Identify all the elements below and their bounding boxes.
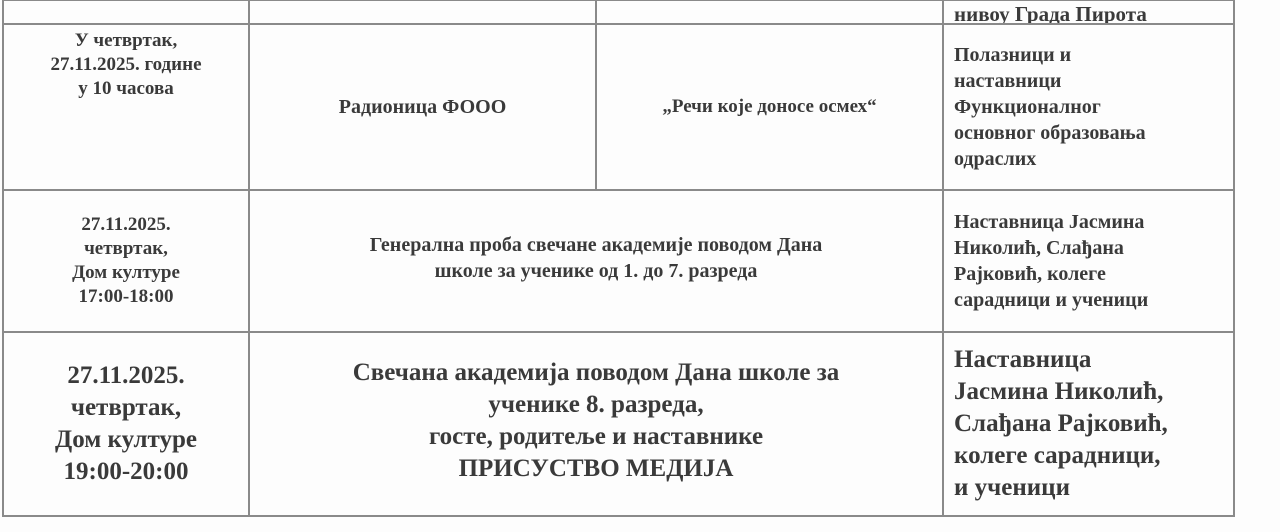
scanned-document-page: нивоу Града Пирота У четвртак, 27.11.202… bbox=[0, 0, 1280, 532]
participants-line: Слађана Рајковић, bbox=[954, 408, 1233, 440]
participants-line: Функционалног bbox=[954, 94, 1233, 120]
date-cell: 27.11.2025. четвртак, Дом културе 17:00-… bbox=[3, 190, 249, 332]
participants-line: основног образовања bbox=[954, 120, 1233, 146]
participants-line: Наставница bbox=[954, 344, 1233, 376]
participants-line: одраслих bbox=[954, 146, 1233, 172]
date-cell: 27.11.2025. четвртак, Дом културе 19:00-… bbox=[3, 332, 249, 516]
description-line: ученике 8. разреда, bbox=[250, 389, 942, 421]
description-line: школе за ученике од 1. до 7. разреда bbox=[250, 258, 942, 284]
date-line: 27.11.2025. bbox=[4, 213, 248, 237]
table-row: 27.11.2025. четвртак, Дом културе 19:00-… bbox=[3, 332, 1234, 516]
topic-cell: „Речи које доносе осмех“ bbox=[596, 24, 943, 190]
event-description-cell: Свечана академија поводом Дана школе за … bbox=[249, 332, 943, 516]
participants-line: наставници bbox=[954, 68, 1233, 94]
activity-text: Радионица ФООО bbox=[339, 96, 507, 118]
participants-line: Наставница Јасмина bbox=[954, 209, 1233, 235]
date-line: Дом културе bbox=[4, 261, 248, 285]
participants-line: колеге сарадници, bbox=[954, 440, 1233, 472]
date-line: 19:00-20:00 bbox=[4, 456, 248, 488]
date-line: четвртак, bbox=[4, 392, 248, 424]
date-cell bbox=[3, 0, 249, 24]
description-line: госте, родитеље и наставнике bbox=[250, 421, 942, 453]
activity-cell bbox=[249, 0, 596, 24]
date-line: у 10 часова bbox=[4, 77, 248, 101]
description-line: ПРИСУСТВО МЕДИЈА bbox=[250, 453, 942, 485]
participants-cell: Наставница Јасмина Николић, Слађана Рајк… bbox=[943, 332, 1234, 516]
participants-line: нивоу Града Пирота bbox=[954, 3, 1233, 24]
participants-line: и ученици bbox=[954, 472, 1233, 504]
date-line: У четвртак, bbox=[4, 29, 248, 53]
date-line: 27.11.2025. bbox=[4, 360, 248, 392]
participants-cell: Полазници и наставници Функционалног осн… bbox=[943, 24, 1234, 190]
participants-line: Полазници и bbox=[954, 42, 1233, 68]
date-line: 27.11.2025. године bbox=[4, 53, 248, 77]
topic-text: „Речи које доносе осмех“ bbox=[662, 96, 876, 117]
event-description-cell: Генерална проба свечане академије поводо… bbox=[249, 190, 943, 332]
participants-line: Рајковић, колеге bbox=[954, 261, 1233, 287]
participants-line: Николић, Слађана bbox=[954, 235, 1233, 261]
table-row: У четвртак, 27.11.2025. године у 10 часо… bbox=[3, 24, 1234, 190]
participants-cell: нивоу Града Пирота bbox=[943, 0, 1234, 24]
participants-line: Јасмина Николић, bbox=[954, 376, 1233, 408]
date-line: Дом културе bbox=[4, 424, 248, 456]
activity-cell: Радионица ФООО bbox=[249, 24, 596, 190]
event-schedule-table: нивоу Града Пирота У четвртак, 27.11.202… bbox=[2, 0, 1235, 517]
topic-cell bbox=[596, 0, 943, 24]
date-cell: У четвртак, 27.11.2025. године у 10 часо… bbox=[3, 24, 249, 190]
participants-cell: Наставница Јасмина Николић, Слађана Рајк… bbox=[943, 190, 1234, 332]
date-line: 17:00-18:00 bbox=[4, 285, 248, 309]
date-line: четвртак, bbox=[4, 237, 248, 261]
table-row: 27.11.2025. четвртак, Дом културе 17:00-… bbox=[3, 190, 1234, 332]
table-row: нивоу Града Пирота bbox=[3, 0, 1234, 24]
description-line: Генерална проба свечане академије поводо… bbox=[250, 232, 942, 258]
description-line: Свечана академија поводом Дана школе за bbox=[250, 357, 942, 389]
participants-line: сарадници и ученици bbox=[954, 287, 1233, 313]
